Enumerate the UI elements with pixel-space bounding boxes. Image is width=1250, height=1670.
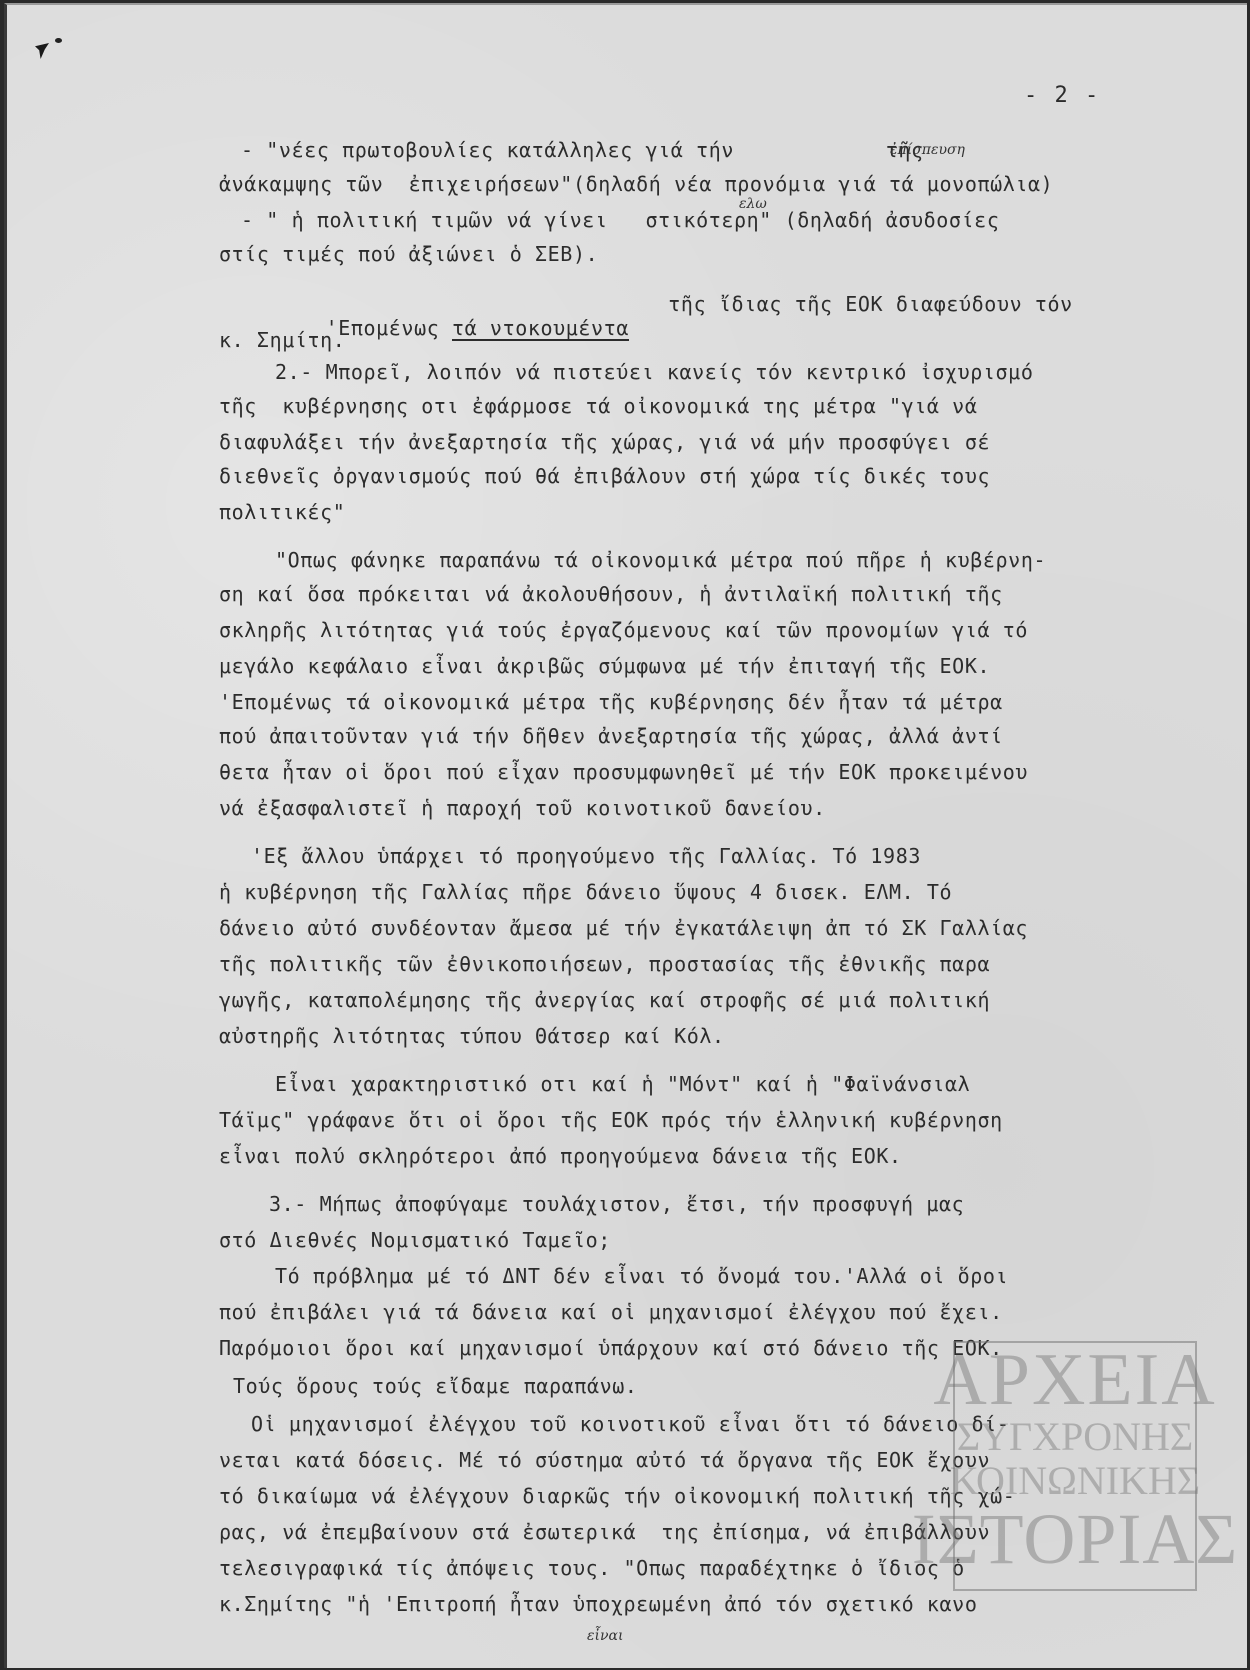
text-line: Τούς ὅρους τούς εἴδαμε παραπάνω. (233, 1374, 638, 1398)
underlined-line: 'Επομένως τά ντοκουμέντα (275, 292, 629, 364)
text-line: δάνειο αὐτό συνδέονταν ἄμεσα μέ τήν ἐγκα… (219, 916, 1028, 940)
text-line: Τάϊμς" γράφανε ὅτι οἱ ὅροι τῆς ΕΟΚ πρός … (219, 1108, 1003, 1132)
text-line: θετα ἦταν οἱ ὅροι πού εἶχαν προσυμφωνηθε… (219, 760, 1028, 784)
text-line: αὐστηρῆς λιτότητας τύπου Θάτσερ καί Κόλ. (219, 1024, 725, 1048)
text-line: διεθνεῖς ὀργανισμούς πού θά ἐπιβάλουν στ… (219, 464, 990, 488)
text-line: διαφυλάξει τήν ἀνεξαρτησία τῆς χώρας, γι… (219, 430, 990, 454)
text-line: τῆς ἴδιας τῆς ΕΟΚ διαφεύδουν τόν (643, 292, 1073, 316)
text-line: τῆς κυβέρνησης οτι ἐφάρμοσε τά οἰκονομικ… (219, 394, 977, 418)
text-line: 3.- Μήπως ἀποφύγαμε τουλάχιστον, ἔτσι, τ… (269, 1192, 964, 1216)
handwritten-note: εἶναι (587, 1628, 623, 1644)
handwritten-note: ελω (739, 196, 767, 212)
handwritten-note: ἐπίσπευση (890, 142, 965, 158)
text-line: στό Διεθνές Νομισματικό Ταμεῖο; (219, 1228, 611, 1252)
text-line: - " ἡ πολιτική τιμῶν νά γίνει στικότερη"… (241, 208, 999, 232)
text-line: τῆς πολιτικῆς τῶν ἐθνικοποιήσεων, προστα… (219, 952, 990, 976)
page-number: - 2 - (1024, 83, 1100, 108)
text-line: "Οπως φάνηκε παραπάνω τά οἰκονομικά μέτρ… (275, 548, 1046, 572)
text-line: - "νέες πρωτοβουλίες κατάλληλες γιά τήν … (241, 138, 924, 162)
text-line: κ.Σημίτης "ἡ 'Επιτροπή ἦταν ὑποχρεωμένη … (219, 1592, 977, 1616)
text-line: πού ἐπιβάλει γιά τά δάνεια καί οἱ μηχανι… (219, 1300, 1003, 1324)
text-line: Τό πρόβλημα μέ τό ΔΝΤ δέν εἶναι τό ὄνομά… (275, 1264, 1008, 1288)
text-line: πολιτικές" (219, 500, 345, 524)
text-line: ρας, νά ἐπεμβαίνουν στά ἐσωτερικά της ἐπ… (219, 1520, 990, 1544)
ink-blot (35, 43, 49, 59)
text-line: νά ἐξασφαλιστεῖ ἡ παροχή τοῦ κοινοτικοῦ … (219, 796, 826, 820)
text-line: μεγάλο κεφάλαιο εἶναι ἀκριβῶς σύμφωνα μέ… (219, 654, 990, 678)
line-prefix: 'Επομένως (326, 316, 452, 340)
text-line: Παρόμοιοι ὅροι καί μηχανισμοί ὑπάρχουν κ… (219, 1336, 1003, 1360)
text-line: γωγῆς, καταπολέμησης τῆς ἀνεργίας καί στ… (219, 988, 990, 1012)
text-line: τό δικαίωμα νά ἐλέγχουν διαρκῶς τήν οἰκο… (219, 1484, 1015, 1508)
text-line: εἶναι πολύ σκληρότεροι ἀπό προηγούμενα δ… (219, 1144, 902, 1168)
text-line: 'Επομένως τά οἰκονομικά μέτρα τῆς κυβέρν… (219, 690, 1003, 714)
ink-dot (55, 38, 62, 43)
underlined-phrase: τά ντοκουμέντα (452, 316, 629, 340)
text-line: ση καί ὅσα πρόκειται νά ἀκολουθήσουν, ἡ … (219, 582, 1003, 606)
text-line: ἡ κυβέρνηση τῆς Γαλλίας πῆρε δάνειο ὕψου… (219, 880, 952, 904)
text-line: στίς τιμές πού ἀξιώνει ὁ ΣΕΒ). (219, 242, 598, 266)
text-line: Οἱ μηχανισμοί ἐλέγχου τοῦ κοινοτικοῦ εἶν… (251, 1412, 1009, 1436)
document-page: - 2 - - "νέες πρωτοβουλίες κατάλληλες γι… (4, 3, 1247, 1668)
text-line: πού ἀπαιτοῦνταν γιά τήν δῆθεν ἀνεξαρτησί… (219, 724, 1003, 748)
text-line: Εἶναι χαρακτηριστικό οτι καί ἡ "Μόντ" κα… (275, 1072, 970, 1096)
text-line: 'Εξ ἄλλου ὑπάρχει τό προηγούμενο τῆς Γαλ… (251, 844, 921, 868)
text-line: σκληρῆς λιτότητας γιά τούς ἐργαζόμενους … (219, 618, 1028, 642)
text-line: νεται κατά δόσεις. Μέ τό σύστημα αὐτό τά… (219, 1448, 990, 1472)
text-line: ἀνάκαμψης τῶν ἐπιχειρήσεων"(δηλαδή νέα π… (219, 172, 1053, 196)
text-line: τελεσιγραφικά τίς ἀπόψεις τους. "Οπως πα… (219, 1556, 965, 1580)
